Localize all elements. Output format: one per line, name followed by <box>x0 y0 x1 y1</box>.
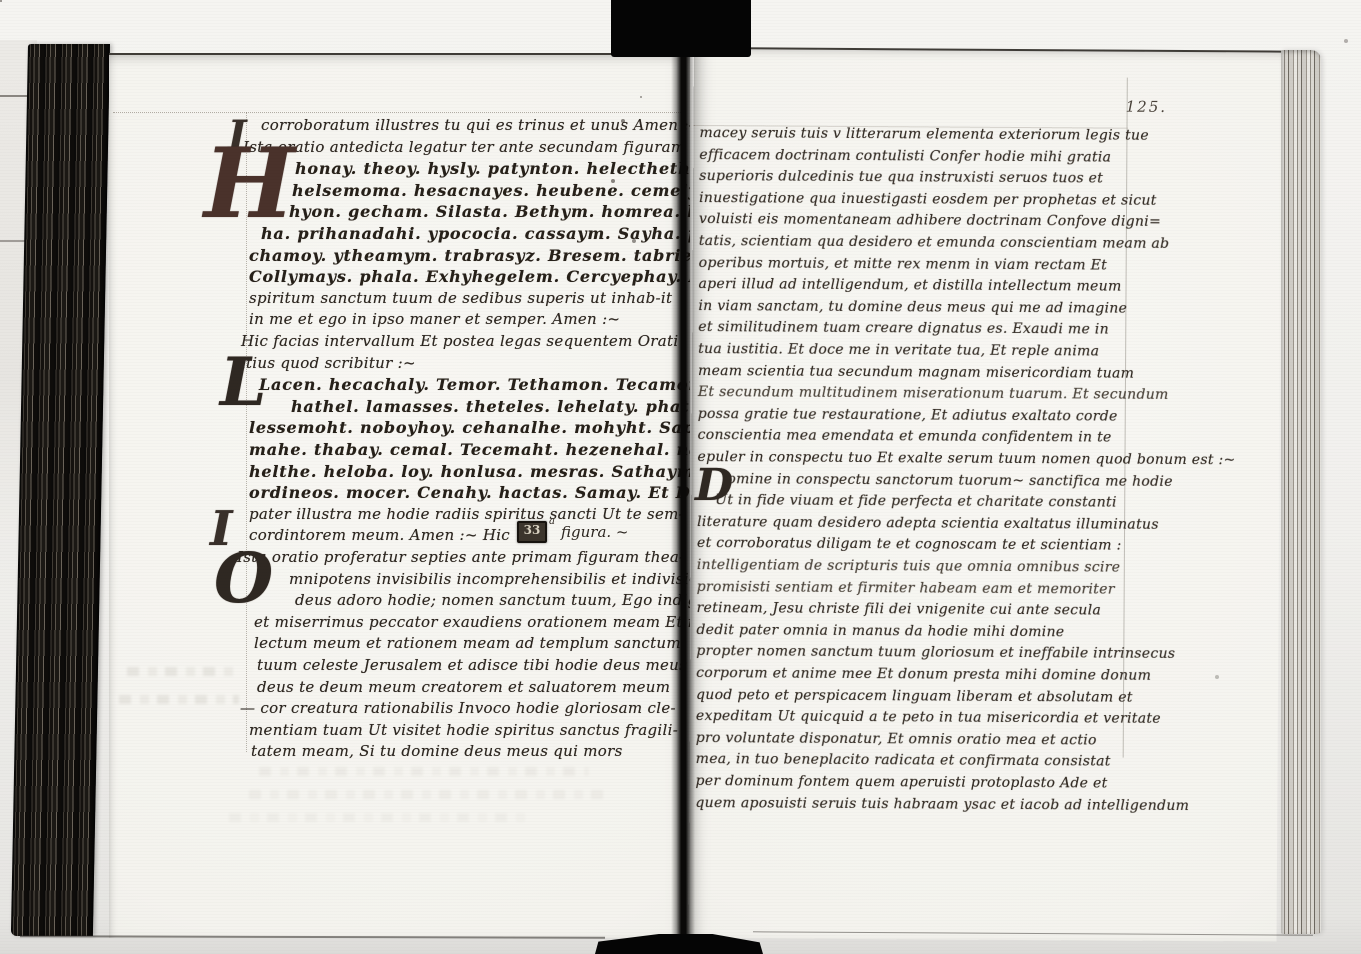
manuscript-line: meam scientia tua secundum magnam miseri… <box>698 364 1134 382</box>
manuscript-line: Ista oratio antedicta legatur ter ante s… <box>243 139 685 156</box>
manuscript-line: tatem meam, Si tu domine deus meus qui m… <box>251 743 623 760</box>
manuscript-line: chamoy. ytheamym. trabrasyz. Bresem. tab… <box>249 247 690 265</box>
decorated-initial-h: H <box>204 146 295 223</box>
manuscript-line: helthe. heloba. loy. honlusa. mesras. Sa… <box>249 463 690 481</box>
manuscript-line: tatis, scientiam qua desidero et emunda … <box>699 234 1170 252</box>
manuscript-line: helsemoma. hesacnayes. heubene. cemelyoy… <box>292 182 690 200</box>
manuscript-line: pro voluntate disponatur, Et omnis orati… <box>696 731 1097 749</box>
page-number: 125. <box>1126 100 1167 115</box>
manuscript-line: in me et ego in ipso maner et semper. Am… <box>249 311 620 328</box>
manuscript-line: dedit pater omnia in manus da hodie mihi… <box>696 623 1064 641</box>
right-page: 125. macey seruis tuis v litterarum elem… <box>689 47 1282 942</box>
bleedthrough-smudge <box>127 667 237 676</box>
manuscript-line: expeditam Ut quicquid a te peto in tua m… <box>696 709 1161 727</box>
manuscript-photo: corroboratum illustres tu qui es trinus … <box>0 0 1361 954</box>
manuscript-line: propter nomen sanctum tuum gloriosum et … <box>696 644 1175 662</box>
manuscript-line: et similitudinem tuam creare dignatus es… <box>698 320 1109 338</box>
manuscript-line: spiritum sanctum tuum de sedibus superis… <box>249 290 672 307</box>
manuscript-line: hyon. gecham. Silasta. Bethym. homrea. h… <box>289 203 690 221</box>
book-bottom-edge-left <box>20 935 605 939</box>
manuscript-line: Et secundum multitudinem miserationum tu… <box>698 385 1169 403</box>
manuscript-line: pater illustra me hodie radiis spiritus … <box>249 506 684 523</box>
right-page-text-layer: macey seruis tuis v litterarum elementa … <box>694 49 1282 53</box>
manuscript-line: — cor creatura rationabilis Invoco hodie… <box>240 700 676 717</box>
manuscript-line: intelligentiam de scripturis tuis que om… <box>697 558 1121 576</box>
book-gutter-shadow <box>671 50 695 940</box>
decorated-initial-o: O <box>214 552 273 606</box>
manuscript-line: aperi illud ad intelligendum, et distill… <box>698 277 1121 295</box>
manuscript-line: omine in conspectu sanctorum tuorum~ san… <box>727 472 1173 490</box>
manuscript-line: efficacem doctrinam contulisti Confer ho… <box>699 148 1111 166</box>
manuscript-line: voluisti eis momentaneam adhibere doctri… <box>699 212 1161 230</box>
bleedthrough-smudge <box>259 767 589 776</box>
dust-specks <box>0 0 2 2</box>
left-page-stack-edge <box>11 44 110 936</box>
manuscript-line: Lacen. hecachaly. Temor. Tethamon. Tecam… <box>259 376 690 394</box>
manuscript-line: et corroboratus diligam te et cognoscam … <box>697 536 1122 554</box>
bleedthrough-smudge <box>229 813 529 822</box>
manuscript-line: Collymays. phala. Exhyhegelem. Cercyepha… <box>249 268 690 286</box>
manuscript-line: inuestigatione qua inuestigasti eosdem p… <box>699 191 1157 209</box>
manuscript-line: mentiam tuam Ut visitet hodie spiritus s… <box>249 722 678 739</box>
bleedthrough-smudge <box>119 695 239 704</box>
manuscript-line: lectum meum et rationem meam ad templum … <box>254 635 681 652</box>
right-page-stack-edge <box>1281 50 1321 934</box>
manuscript-line: retineam, Jesu christe fili dei vnigenit… <box>697 601 1102 619</box>
manuscript-line: superioris dulcedinis tue qua instruxist… <box>699 169 1103 187</box>
manuscript-line: mnipotens invisibilis incomprehensibilis… <box>289 571 690 588</box>
manuscript-line: corporum et anime mee Et donum presta mi… <box>696 666 1151 684</box>
manuscript-line: tuum celeste Jerusalem et adisce tibi ho… <box>257 657 687 674</box>
decorated-initial-l: L <box>220 356 266 409</box>
binding-strap-top <box>611 0 751 57</box>
manuscript-line: deus te deum meum creatorem et saluatore… <box>257 679 670 696</box>
manuscript-line: honay. theoy. hysly. patynton. helecthet… <box>295 160 690 178</box>
manuscript-line: literature quam desidero adepta scientia… <box>697 515 1159 533</box>
manuscript-line: tua iustitia. Et doce me in veritate tua… <box>698 342 1099 360</box>
figure-number-box: 33 <box>517 521 547 543</box>
manuscript-line: in viam sanctam, tu domine deus meus qui… <box>698 299 1127 317</box>
manuscript-line: per dominum fontem quem aperuisti protop… <box>695 774 1107 792</box>
manuscript-line: operibus mortuis, et mitte rex menm in v… <box>699 256 1108 274</box>
manuscript-line: Ut in fide viuam et fide perfecta et cha… <box>715 493 1117 511</box>
manuscript-line: corroboratum illustres tu qui es trinus … <box>261 117 690 134</box>
bleedthrough-smudge <box>249 790 609 799</box>
manuscript-line: quod peto et perspicacem linguam liberam… <box>696 688 1133 706</box>
manuscript-line: mea, in tuo beneplacito radicata et conf… <box>696 752 1111 770</box>
manuscript-line: ordineos. mocer. Cenahy. hactas. Samay. … <box>249 484 690 502</box>
manuscript-line: mahe. thabay. cemal. Tecemaht. hezenehal… <box>249 441 690 459</box>
manuscript-line: promisisti sentiam et firmiter habeam ea… <box>697 580 1115 598</box>
manuscript-line: Ista oratio proferatur septies ante prim… <box>237 549 685 566</box>
manuscript-line: cordintorem meum. Amen :~ Hic <box>249 527 510 544</box>
manuscript-line: lessemoht. noboyhoy. cehanalhe. mohyht. … <box>249 419 690 437</box>
manuscript-line: Hic facias intervallum Et postea legas s… <box>241 333 678 350</box>
manuscript-line: ha. prihanadahi. ypococia. cassaym. Sayh… <box>261 225 690 243</box>
manuscript-line: et miserrimus peccator exaudiens oration… <box>254 614 690 631</box>
figure-caption-word: figura. ~ <box>561 525 629 540</box>
ruled-line-horizontal <box>113 112 685 113</box>
manuscript-line: deus adoro hodie; nomen sanctum tuum, Eg… <box>295 592 690 609</box>
manuscript-line: possa gratie tue restauratione, Et adiut… <box>698 407 1118 425</box>
manuscript-line: macey seruis tuis v litterarum elementa … <box>699 126 1149 144</box>
decorated-initial-d: D <box>695 468 733 503</box>
figure-number-superscript: a <box>549 517 555 527</box>
manuscript-line: epuler in conspectu tuo Et exalte serum … <box>697 450 1235 469</box>
manuscript-line: quem aposuisti seruis tuis habraam ysac … <box>695 796 1189 814</box>
manuscript-line: conscientia mea emendata et emunda confi… <box>698 428 1112 446</box>
left-page: corroboratum illustres tu qui es trinus … <box>109 53 690 938</box>
manuscript-line: hathel. lamasses. theteles. lehelaty. ph… <box>291 398 690 416</box>
